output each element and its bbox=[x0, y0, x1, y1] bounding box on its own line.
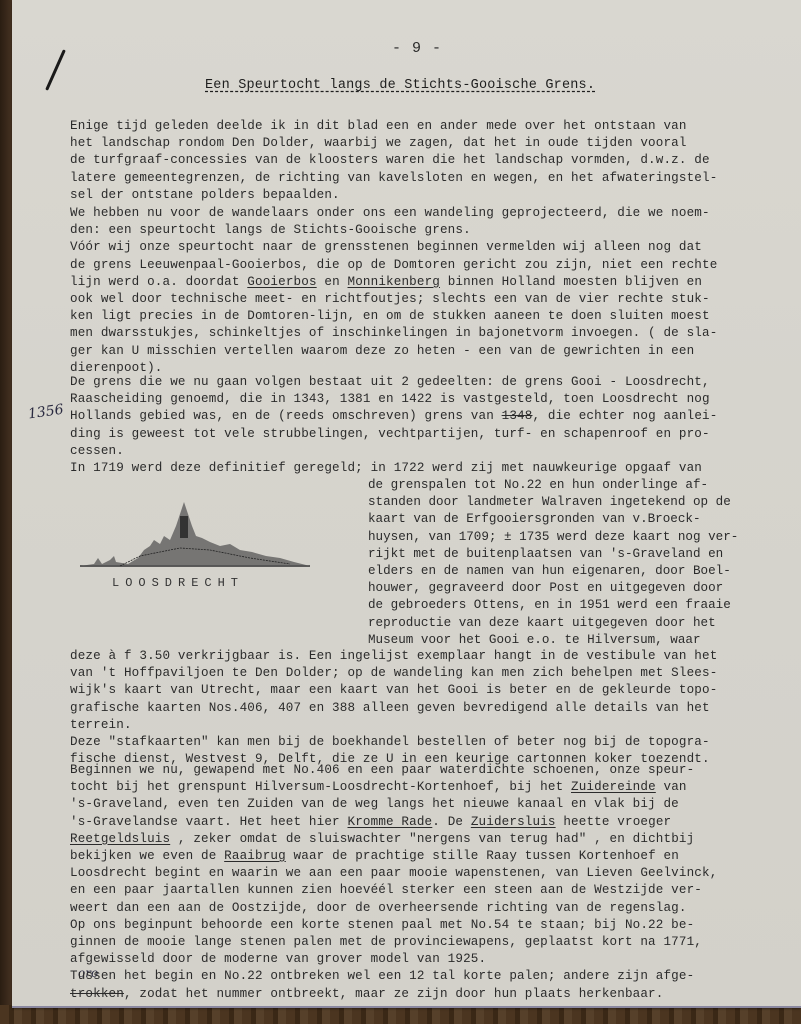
underlined-place-monnikenberg: Monnikenberg bbox=[348, 275, 441, 289]
text-line: van 't Hoffpaviljoen te Den Dolder; op d… bbox=[70, 665, 770, 682]
typewritten-page: - 9 - Een Speurtocht langs de Stichts-Go… bbox=[12, 0, 801, 1008]
text-line: In 1719 werd deze definitief geregeld; i… bbox=[70, 460, 770, 477]
text-line: Vóór wij onze speurtocht naar de grensst… bbox=[70, 239, 770, 256]
underlined-place-kromme-rade: Kromme Rade bbox=[347, 815, 432, 829]
text-line: het landschap rondom Den Dolder, waarbij… bbox=[70, 135, 770, 152]
underlined-place-zuidereinde: Zuidereinde bbox=[571, 780, 656, 794]
paragraph-route-start: Beginnen we nu, gewapend met No.406 en e… bbox=[70, 762, 770, 1003]
text-line: huysen, van 1709; ± 1735 werd deze kaart… bbox=[368, 529, 788, 546]
text-line: We hebben nu voor de wandelaars onder on… bbox=[70, 205, 770, 222]
underlined-place-reetgeldsluis: Reetgeldsluis bbox=[70, 832, 170, 846]
text-line: tocht bij het grenspunt Hilversum-Loosdr… bbox=[70, 779, 770, 796]
text-line: latere gemeentegrenzen, de richting van … bbox=[70, 170, 770, 187]
text-line: trokken, zodat het nummer ontbreekt, maa… bbox=[70, 986, 770, 1003]
text-line: houwer, gegraveerd door Post en uitgegev… bbox=[368, 580, 788, 597]
text-line: Loosdrecht begint en waarin we aan een p… bbox=[70, 865, 770, 882]
text-line: grafische kaarten Nos.406, 407 en 388 al… bbox=[70, 700, 770, 717]
paragraph-border-history: De grens die we nu gaan volgen bestaat u… bbox=[70, 374, 770, 477]
text-line: terrein. bbox=[70, 717, 770, 734]
text-line: Museum voor het Gooi e.o. te Hilversum, … bbox=[368, 632, 788, 649]
text-line: ook wel door technische meet- en richtfo… bbox=[70, 291, 770, 308]
text-line: lijn werd o.a. doordat Gooierbos en Monn… bbox=[70, 274, 770, 291]
text-line: rijkt met de buitenplaatsen van 's-Grave… bbox=[368, 546, 788, 563]
text-line: ger kan U misschien vertellen waarom dez… bbox=[70, 343, 770, 360]
text-line: weert dan een aan de Oostzijde, door de … bbox=[70, 900, 770, 917]
paragraph-maps: deze à f 3.50 verkrijgbaar is. Een ingel… bbox=[70, 648, 770, 768]
text-line: elders en de namen van hun eigenaren, do… bbox=[368, 563, 788, 580]
text-line: de gebroeders Ottens, en in 1951 werd ee… bbox=[368, 597, 788, 614]
underlined-place-raaibrug: Raaibrug bbox=[224, 849, 286, 863]
page-title: Een Speurtocht langs de Stichts-Gooische… bbox=[205, 78, 595, 93]
illustration-caption: LOOSDRECHT bbox=[112, 576, 244, 590]
handwritten-margin-note: 1356 bbox=[27, 402, 65, 423]
right-column-text: de grenspalen tot No.22 en hun onderling… bbox=[368, 477, 788, 649]
text-line: bekijken we even de Raaibrug waar de pra… bbox=[70, 848, 770, 865]
text-line: Deze "stafkaarten" kan men bij de boekha… bbox=[70, 734, 770, 751]
text-line: Reetgeldsluis , zeker omdat de sluiswach… bbox=[70, 831, 770, 848]
text-line: ginnen de mooie lange stenen palen met d… bbox=[70, 934, 770, 951]
page-number: - 9 - bbox=[392, 40, 442, 57]
text-line: ken ligt precies in de Domtoren-lijn, en… bbox=[70, 308, 770, 325]
text-line: Enige tijd geleden deelde ik in dit blad… bbox=[70, 118, 770, 135]
text-line: Hollands gebied was, en de (reeds omschr… bbox=[70, 408, 770, 425]
text-line: 's-Graveland, even ten Zuiden van de weg… bbox=[70, 796, 770, 813]
text-line: deze à f 3.50 verkrijgbaar is. Een ingel… bbox=[70, 648, 770, 665]
text-line: sel der ontstane polders bepaalden. bbox=[70, 187, 770, 204]
text-line: Tussen het begin en No.22 ontbreken wel … bbox=[70, 968, 770, 985]
pencil-mark bbox=[45, 49, 66, 90]
text-line: ding is geweest tot vele strubbelingen, … bbox=[70, 426, 770, 443]
text-line: cessen. bbox=[70, 443, 770, 460]
struck-word: trokken bbox=[70, 987, 124, 1001]
text-line: wijk's kaart van Utrecht, maar een kaart… bbox=[70, 682, 770, 699]
text-line: den: een speurtocht langs de Stichts-Goo… bbox=[70, 222, 770, 239]
paragraph-intro: Enige tijd geleden deelde ik in dit blad… bbox=[70, 118, 770, 204]
text-line: reproductie van deze kaart uitgegeven do… bbox=[368, 615, 788, 632]
text-line: 's-Gravelandse vaart. Het heet hier Krom… bbox=[70, 814, 770, 831]
struck-year: 1348 bbox=[502, 409, 533, 423]
underlined-place-gooierbos: Gooierbos bbox=[247, 275, 316, 289]
text-line: de grenspalen tot No.22 en hun onderling… bbox=[368, 477, 788, 494]
text-line: De grens die we nu gaan volgen bestaat u… bbox=[70, 374, 770, 391]
text-line: Op ons beginpunt behoorde een korte sten… bbox=[70, 917, 770, 934]
paragraph-walk: We hebben nu voor de wandelaars onder on… bbox=[70, 205, 770, 377]
text-line: standen door landmeter Walraven ingeteke… bbox=[368, 494, 788, 511]
text-line: kaart van de Erfgooiersgronden van v.Bro… bbox=[368, 511, 788, 528]
text-line: men dwarsstukjes, schinkeltjes of inschi… bbox=[70, 325, 770, 342]
text-line: de turfgraaf-concessies van de kloosters… bbox=[70, 152, 770, 169]
underlined-place-zuidersluis: Zuidersluis bbox=[471, 815, 556, 829]
text-line: Raascheiding genoemd, die in 1343, 1381 … bbox=[70, 391, 770, 408]
text-line: de grens Leeuwenpaal-Gooierbos, die op d… bbox=[70, 257, 770, 274]
text-line: afgewisseld door de moderne van grover m… bbox=[70, 951, 770, 968]
loosdrecht-skyline-illustration bbox=[80, 500, 312, 572]
text-line: en een paar jaartallen kunnen zien hoevé… bbox=[70, 882, 770, 899]
text-line: Beginnen we nu, gewapend met No.406 en e… bbox=[70, 762, 770, 779]
